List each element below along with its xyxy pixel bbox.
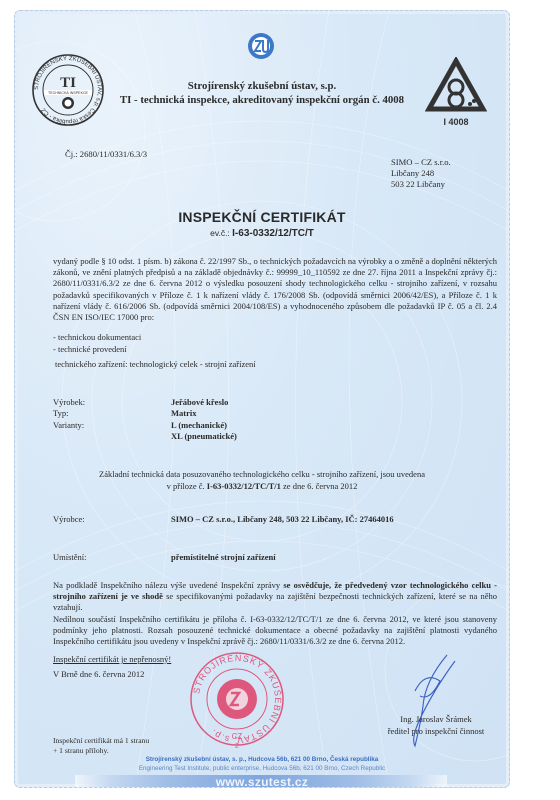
footer-address-cz: Strojírenský zkušební ústav, s. p., Hudc… (15, 756, 509, 763)
svg-text:2: 2 (235, 743, 239, 750)
issuer-heading: Strojírenský zkušební ústav, s.p. TI - t… (15, 79, 509, 107)
conclusion-paragraph: Na podkladě Inspekčního nálezu výše uved… (53, 580, 497, 647)
footer-address-en: Engineering Test Institute, public enter… (15, 765, 509, 772)
recipient-address: SIMO – CZ s.r.o. Libčany 248 503 22 Libč… (391, 157, 451, 190)
list-item: - technickou dokumentaci (53, 332, 141, 344)
list-item: - technické provedení (53, 344, 141, 356)
szu-logo-icon (246, 31, 276, 61)
spec-row: XL (pneumatické) (53, 431, 237, 442)
location-row: Umístění: přemístitelné strojní zařízení (53, 552, 276, 562)
product-specs: Výrobek:Jeřábové křeslo Typ:Matrix Varia… (53, 397, 237, 442)
equipment-line: technického zařízení: technologický cele… (55, 359, 256, 369)
issuer-subtitle: TI - technická inspekce, akreditovaný in… (15, 93, 509, 107)
basic-data-note: Základní technická data posuzovaného tec… (15, 469, 509, 492)
certificate-sheet: STROJÍRENSKÝ ZKUŠEBNÍ ÚSTAV, s.p. Česká … (14, 10, 510, 788)
signer-position: ředitel pro inspekční činnost (371, 726, 501, 738)
non-transferable-note: Inspekční certifikát je nepřenosný! (53, 654, 171, 664)
official-stamp-icon: STROJÍRENSKÝ ZKUŠEBNÍ ÚSTAV, s.p. CZ 2 (187, 647, 287, 751)
page-count-note: Inspekční certifikát má 1 stranu + 1 str… (53, 736, 149, 755)
svg-text:I 4008: I 4008 (443, 117, 468, 127)
spec-row: Varianty:L (mechanické) (53, 420, 237, 431)
issuer-name: Strojírenský zkušební ústav, s.p. (15, 79, 509, 93)
certificate-number: ev.č.: I-63-0332/12/TC/T (15, 228, 509, 239)
place-date: V Brně dne 6. června 2012 (53, 669, 144, 679)
intro-paragraph: vydaný podle § 10 odst. 1 písm. b) zákon… (53, 256, 497, 323)
scope-list: - technickou dokumentaci - technické pro… (53, 332, 141, 355)
signer-block: Ing. Jaroslav Šrámek ředitel pro inspekč… (371, 714, 501, 737)
signer-name: Ing. Jaroslav Šrámek (371, 714, 501, 726)
spec-row: Typ:Matrix (53, 408, 237, 419)
manufacturer-row: Výrobce: SIMO – CZ s.r.o., Libčany 248, … (53, 514, 394, 524)
certificate-title: INSPEKČNÍ CERTIFIKÁT (15, 209, 509, 225)
svg-text:CZ: CZ (232, 732, 243, 741)
reference-number: Čj.: 2680/11/0331/6.3/3 (65, 149, 147, 159)
website-link[interactable]: www.szutest.cz (15, 775, 509, 788)
spec-row: Výrobek:Jeřábové křeslo (53, 397, 237, 408)
